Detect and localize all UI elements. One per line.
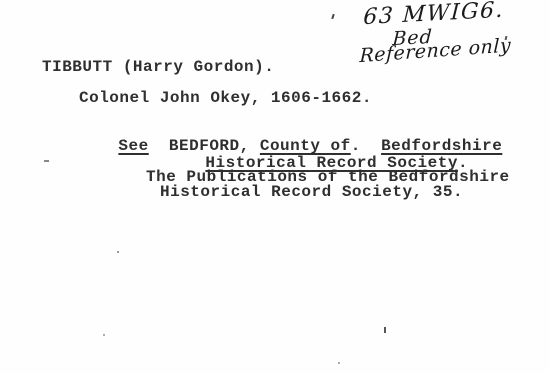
scan-speck (331, 14, 334, 19)
scan-speck (384, 327, 386, 333)
catalog-card: 63 MWIG6. Bed Reference only TIBBUTT (Ha… (0, 0, 550, 374)
publication-note-line2: Historical Record Society, 35. (160, 184, 463, 200)
handwritten-shelfmark: 63 MWIG6. (363, 0, 505, 30)
scan-speck (44, 160, 49, 162)
see-keyword: See (118, 137, 148, 155)
author-heading: TIBBUTT (Harry Gordon). (42, 59, 274, 75)
work-title: Colonel John Okey, 1606-1662. (79, 90, 372, 106)
scan-speck (103, 334, 105, 336)
scan-speck (117, 251, 119, 253)
handwritten-reference-note: Reference only (359, 34, 511, 67)
scan-speck (338, 362, 340, 364)
